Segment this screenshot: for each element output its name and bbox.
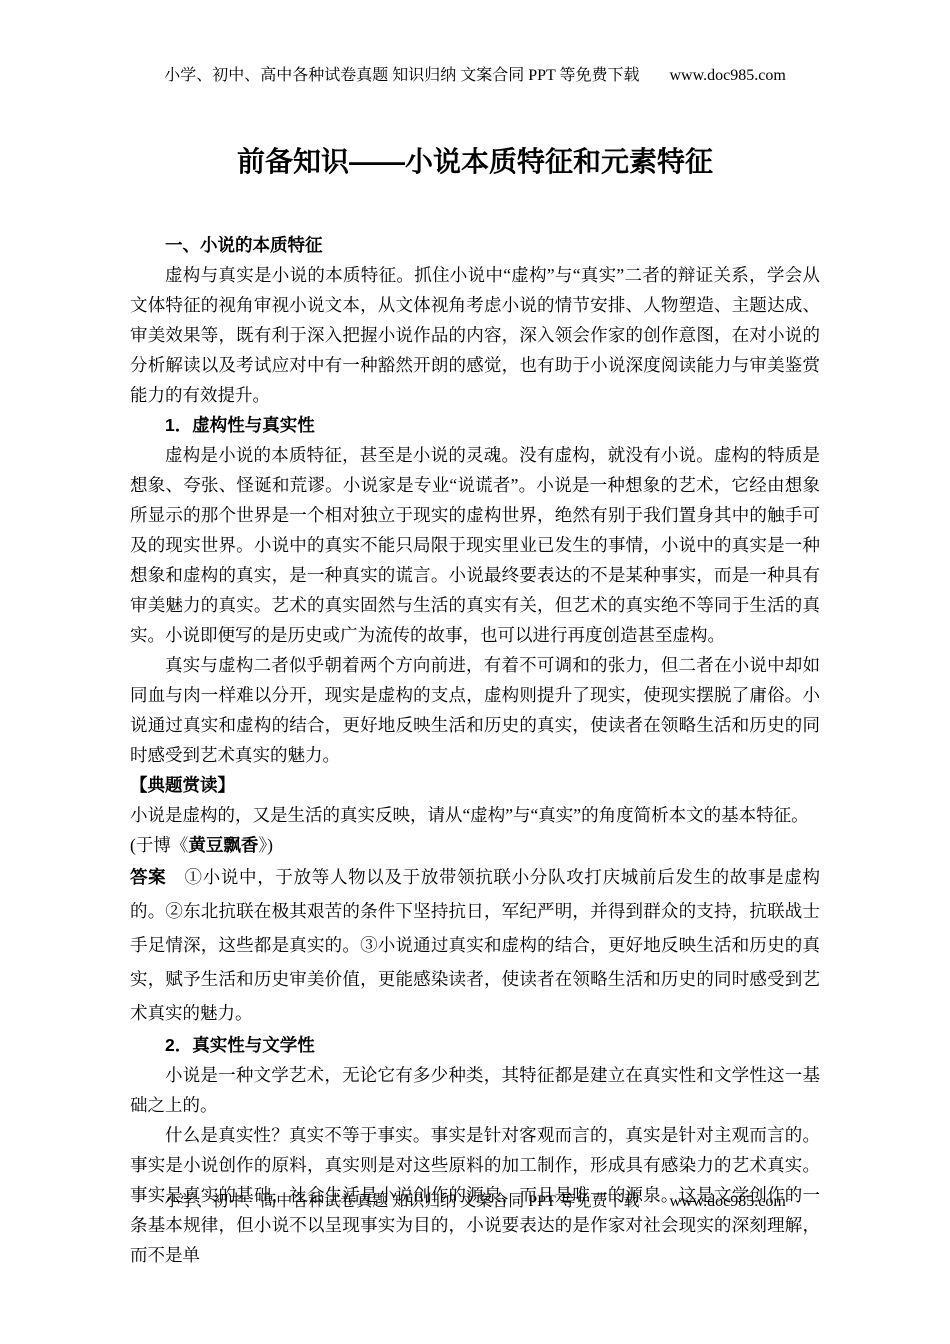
page-title: 前备知识——小说本质特征和元素特征	[0, 144, 950, 180]
text-run: 小说是虚构的，又是生活的真实反映，请从“虚构”与“真实”的角度简析本文的基本特征…	[130, 805, 809, 825]
footer-site-link[interactable]: www.doc985.com	[670, 1193, 786, 1210]
bold-text-run: 【典题赏读】	[130, 775, 235, 795]
text-run: 小说是一种文学艺术，无论它有多少种类，其特征都是建立在真实性和文学性这一基础之上…	[130, 1065, 820, 1115]
document-page: 小学、初中、高中各种试卷真题 知识归纳 文案合同 PPT 等免费下载www.do…	[0, 0, 950, 1344]
header-site-link[interactable]: www.doc985.com	[670, 67, 786, 84]
bold-text-run: 黄豆飘香	[188, 835, 258, 855]
section-heading-1: 一、小说的本质特征	[130, 230, 820, 260]
page-footer: 小学、初中、高中各种试卷真题 知识归纳 文案合同 PPT 等免费下载www.do…	[0, 1190, 950, 1214]
document-body: 一、小说的本质特征虚构与真实是小说的本质特征。抓住小说中“虚构”与“真实”二者的…	[0, 230, 950, 1270]
header-watermark-text: 小学、初中、高中各种试卷真题 知识归纳 文案合同 PPT 等免费下载	[164, 67, 639, 84]
question-text: 小说是虚构的，又是生活的真实反映，请从“虚构”与“真实”的角度简析本文的基本特征…	[130, 800, 820, 830]
subsection-heading-2: 2．真实性与文学性	[130, 1030, 820, 1060]
example-reading-label: 【典题赏读】	[130, 770, 820, 800]
text-run: ①小说中，于放等人物以及于放带领抗联小分队攻打庆城前后发生的故事是虚构的。②东北…	[130, 867, 820, 1023]
text-run: 》)	[258, 835, 273, 855]
text-run: 真实与虚构二者似乎朝着两个方向前进，有着不可调和的张力，但二者在小说中却如同血与…	[130, 655, 820, 765]
text-run: 虚构是小说的本质特征，甚至是小说的灵魂。没有虚构，就没有小说。虚构的特质是想象、…	[130, 445, 820, 645]
text-run: (于博《	[130, 835, 188, 855]
bold-text-run: 1．虚构性与真实性	[165, 415, 315, 435]
bold-text-run: 2．真实性与文学性	[165, 1035, 315, 1055]
subsection-heading-1: 1．虚构性与真实性	[130, 410, 820, 440]
answer-text: 答案 ①小说中，于放等人物以及于放带领抗联小分队攻打庆城前后发生的故事是虚构的。…	[130, 860, 820, 1030]
page-header: 小学、初中、高中各种试卷真题 知识归纳 文案合同 PPT 等免费下载www.do…	[0, 0, 950, 88]
paragraph-fiction-truth-2: 真实与虚构二者似乎朝着两个方向前进，有着不可调和的张力，但二者在小说中却如同血与…	[130, 650, 820, 770]
footer-watermark-text: 小学、初中、高中各种试卷真题 知识归纳 文案合同 PPT 等免费下载	[164, 1193, 639, 1210]
paragraph-fiction-truth-1: 虚构是小说的本质特征，甚至是小说的灵魂。没有虚构，就没有小说。虚构的特质是想象、…	[130, 440, 820, 650]
text-run: 虚构与真实是小说的本质特征。抓住小说中“虚构”与“真实”二者的辩证关系，学会从文…	[130, 265, 820, 405]
source-attribution: (于博《黄豆飘香》)	[130, 830, 820, 860]
bold-text-run: 一、小说的本质特征	[165, 235, 323, 255]
bold-text-run: 答案	[130, 867, 166, 887]
paragraph-literariness-1: 小说是一种文学艺术，无论它有多少种类，其特征都是建立在真实性和文学性这一基础之上…	[130, 1060, 820, 1120]
paragraph-intro: 虚构与真实是小说的本质特征。抓住小说中“虚构”与“真实”二者的辩证关系，学会从文…	[130, 260, 820, 410]
